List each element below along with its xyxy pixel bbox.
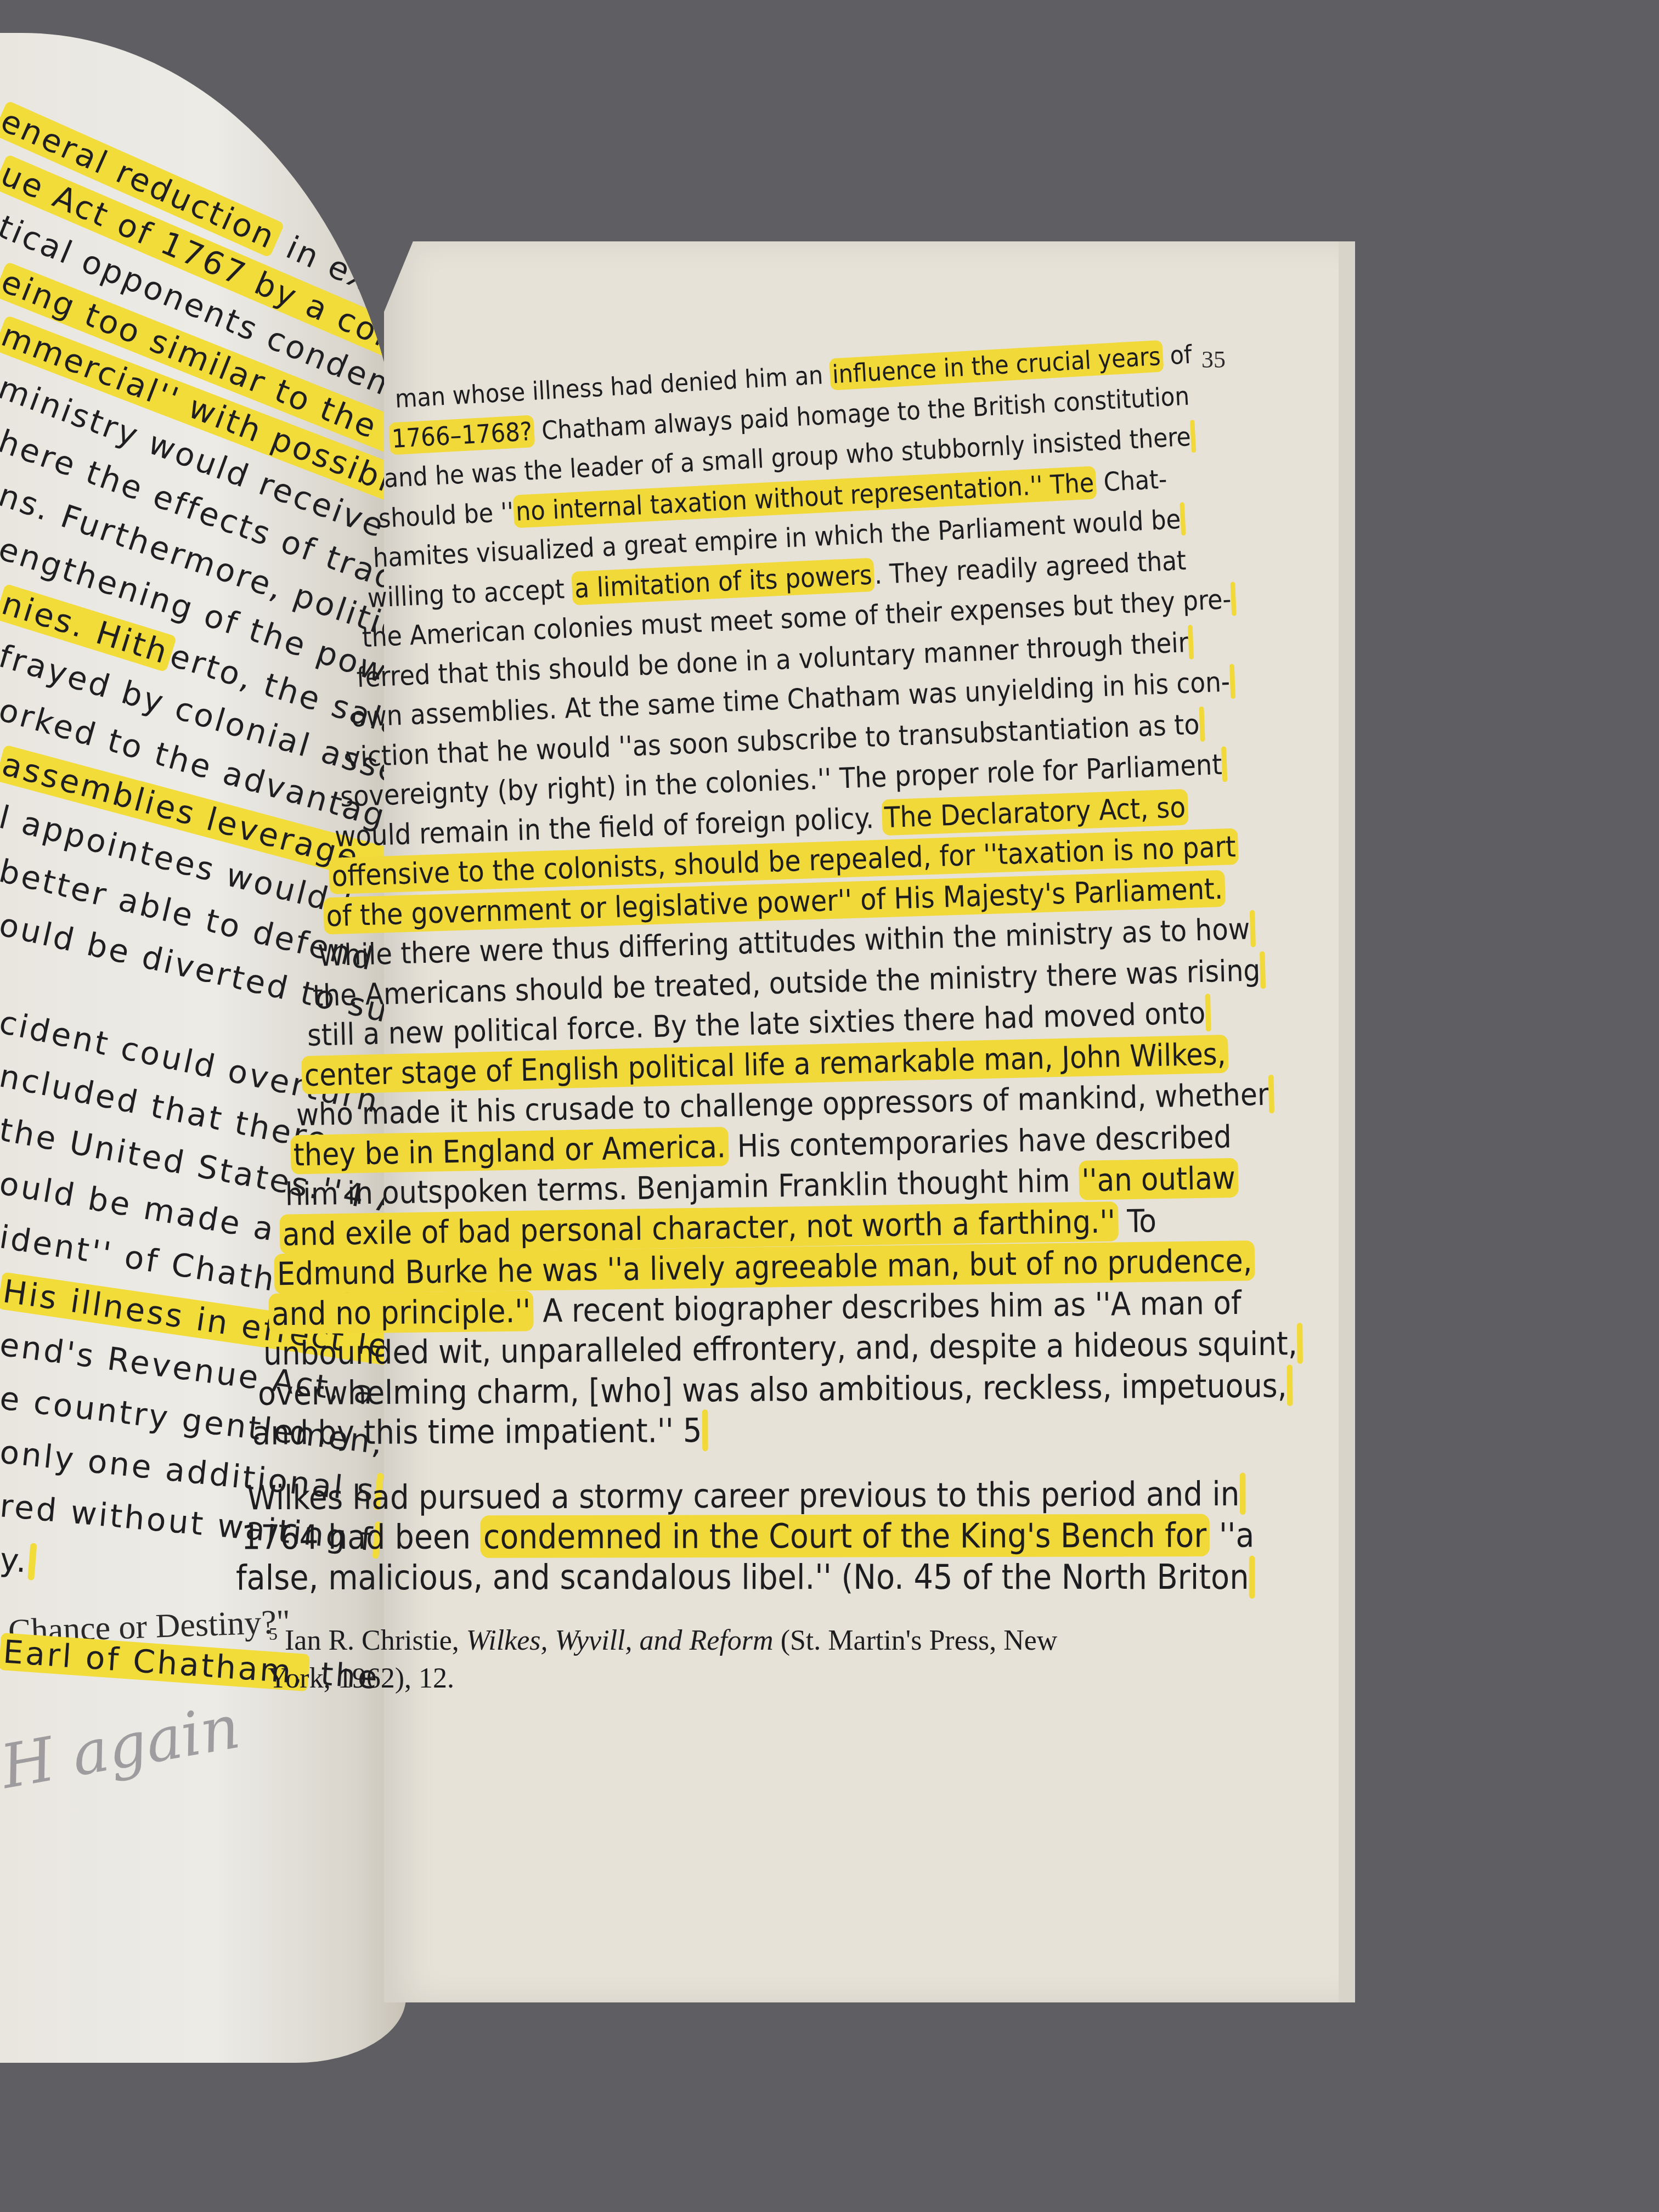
text-line: 1764 had been condemned in the Court of …: [241, 1515, 1254, 1557]
highlighted-text: [1249, 1555, 1255, 1598]
line-text: 1764 had been: [241, 1517, 481, 1557]
text-line: overwhelming charm, [who] was also ambit…: [258, 1366, 1293, 1413]
highlighted-text: they be in England or America.: [290, 1126, 729, 1174]
highlighted-text: [1268, 1075, 1274, 1114]
line-text: To: [1118, 1202, 1156, 1240]
highlighted-text: condemned in the Court of the King's Ben…: [481, 1514, 1210, 1558]
highlighted-text: and no principle.'': [269, 1290, 534, 1334]
footnote-line-1: 5 Ian R. Christie, Wilkes, Wyvill, and R…: [269, 1624, 1057, 1657]
text-line: false, malicious, and scandalous libel.'…: [236, 1557, 1255, 1597]
footnote-publisher: (St. Martin's Press, New: [774, 1625, 1058, 1656]
line-text: and by this time impatient.'' 5: [252, 1411, 702, 1453]
highlighted-text: [1260, 951, 1266, 989]
footnote-marker: 5: [269, 1624, 278, 1644]
highlighted-text: [1239, 1472, 1245, 1515]
footnote-author: Ian R. Christie,: [285, 1625, 466, 1656]
line-text: overwhelming charm, [who] was also ambit…: [258, 1366, 1287, 1413]
line-text: y.: [0, 1541, 30, 1580]
line-text: ''a: [1209, 1515, 1254, 1555]
line-text: false, malicious, and scandalous libel.'…: [236, 1557, 1249, 1597]
highlighted-text: [1286, 1364, 1293, 1406]
page-edge: [1339, 241, 1355, 2002]
highlighted-text: ''an outlaw: [1079, 1158, 1238, 1200]
footnote-title: Wilkes, Wyvill, and Reform: [466, 1625, 774, 1656]
highlighted-text: [1205, 994, 1211, 1031]
pencil-annotation: H again: [0, 1691, 245, 1802]
page-number: 35: [1201, 346, 1226, 374]
text-line: Wilkes had pursued a stormy career previ…: [247, 1474, 1245, 1517]
footnote-line-2: York, 1962), 12.: [268, 1662, 454, 1695]
highlighted-text: [1249, 910, 1255, 947]
text-line: y.: [0, 1541, 37, 1581]
text-line: and by this time impatient.'' 5: [252, 1411, 708, 1453]
highlighted-text: [1297, 1323, 1303, 1364]
line-text: Chat-: [1096, 464, 1168, 498]
line-text: A recent biographer describes him as ''A…: [533, 1283, 1242, 1329]
line-text: Wilkes had pursued a stormy career previ…: [247, 1474, 1240, 1517]
highlighted-text: [702, 1409, 708, 1451]
line-text: of: [1162, 340, 1193, 371]
line-text: should be '': [378, 496, 515, 533]
